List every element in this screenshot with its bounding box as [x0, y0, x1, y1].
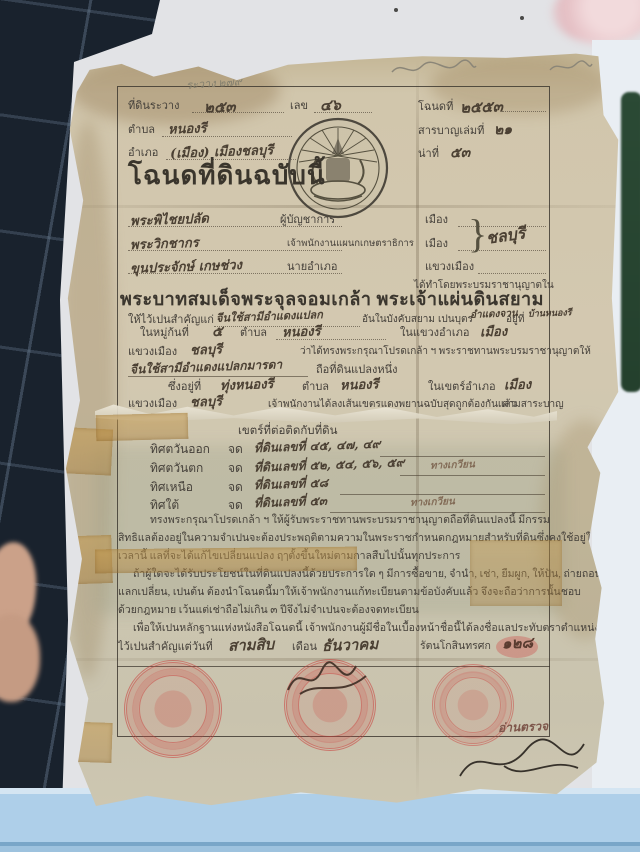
boundary-west-extra: ทางเกวียน: [430, 457, 475, 474]
deed-no-value: ๒๕๕๓: [460, 94, 504, 119]
official-1-region: เมือง: [425, 214, 448, 226]
tambon-label: ตำบล: [128, 124, 155, 136]
dateline-a: ไว้เปนสำคัญแต่วันที่: [118, 641, 213, 653]
register-value: ๒๑: [494, 119, 513, 142]
pencil-scribble: [548, 58, 594, 78]
register-label: สารบาญเล่มที่: [418, 125, 484, 137]
deed-no-label: โฉนดที่: [418, 101, 453, 113]
dateline-month-hw: ธันวาคม: [322, 632, 379, 658]
grant-l2-b: ตำบล: [240, 327, 267, 339]
official-3-name: ขุนประจักษ์ เกษช่วง: [130, 254, 243, 279]
boundary-west-jot: จด: [228, 462, 243, 475]
conditions-line-6: ด้วยกฎหมาย เว้นแต่เช่าถือไม่เกิน ๓ ปีจึง…: [118, 605, 419, 617]
underline: [400, 475, 545, 476]
grant-l6-b: เจ้าพนักงานได้ลงเส้นเขตรแดงพยานฉบับสุดถู…: [268, 399, 516, 410]
boundary-north-jot: จด: [228, 481, 243, 494]
grant-l2-tambon-hw: หนองรี: [282, 320, 321, 342]
survey-area-value: ๒๕๓: [204, 94, 236, 119]
boundary-east-jot: จด: [228, 443, 243, 456]
deed-title: โฉนดที่ดินฉบับนี้: [128, 162, 326, 191]
grant-l6-c: ตามสาระบาญ: [502, 399, 564, 410]
pencil-scribble: [388, 56, 478, 82]
repair-tape: [96, 413, 189, 441]
official-3-region: แขวงเมือง: [425, 261, 474, 273]
tambon-value: หนองรี: [168, 117, 207, 139]
boundary-east-dir: ทิศตวันออก: [150, 443, 210, 456]
grant-l3-a: แขวงเมือง: [128, 346, 177, 358]
boundary-south-dir: ทิศใต้: [150, 499, 179, 512]
photo-of-land-deed: ระวาง ๒๗๙ ที่ดินระวาง ๒๕๓ เลข ๔๖ ตำบล หน…: [0, 0, 640, 852]
official-2-name: พระวิกชากร: [130, 232, 199, 255]
boundary-north-dir: ทิศเหนือ: [150, 481, 193, 494]
boundaries-heading: เขตร์ที่ต่อติดกับที่ดิน: [238, 425, 338, 438]
red-seal-stamp-left: [124, 660, 222, 758]
grant-l5-place-hw: ทุ่งหนองรี: [220, 373, 274, 396]
grant-l5-c: ในเขตร์อำเภอ: [428, 381, 496, 393]
official-2-region: เมือง: [425, 238, 448, 250]
page-value: ๕๓: [450, 142, 471, 165]
official-3-title: นายอำเภอ: [287, 261, 338, 273]
grant-l6-a: แขวงเมือง: [128, 398, 177, 410]
grant-l1-residence-hw: บ้านหนองรี: [528, 305, 572, 321]
dateline-c: รัตนโกสินทรศก: [420, 641, 491, 653]
dateline-b: เดือน: [292, 641, 317, 653]
boundary-south-jot: จด: [228, 499, 243, 512]
grant-l1-a: ให้ไว้เปนสำคัญแก่: [128, 314, 214, 326]
green-object: [621, 92, 640, 392]
dotted-line: [478, 273, 546, 274]
repair-tape: [95, 547, 357, 574]
boundary-south-value: ที่ดินเลขที่ ๕๓: [254, 492, 328, 514]
official-2-title: เจ้าพนักงานแผนกเกษตราธิการ: [287, 239, 414, 249]
signature-over-middle-stamp: [282, 656, 378, 704]
signature-bottom-right: [452, 736, 592, 788]
deed-paper: ระวาง ๒๗๙ ที่ดินระวาง ๒๕๓ เลข ๔๖ ตำบล หน…: [0, 0, 640, 852]
grant-l2-amphoe-hw: เมือง: [480, 321, 508, 343]
floor-speck: [520, 16, 524, 20]
pink-object: [552, 0, 640, 44]
floor-speck: [394, 8, 398, 12]
official-1-name: พระพิไชยปลัด: [130, 208, 209, 232]
page-label: น่าที่: [418, 148, 439, 160]
grant-l1-c: เปนบุตร: [438, 314, 473, 325]
dateline-day-hw: สามสิบ: [228, 632, 275, 658]
survey-no-value: ๔๖: [320, 93, 342, 118]
boundary-west-dir: ทิศตวันตก: [150, 462, 203, 475]
boundary-south-extra: ทางเกวียน: [410, 494, 455, 511]
grant-l5-b: ตำบล: [302, 381, 329, 393]
clerk-note-handwritten: อ่านตรวจ: [498, 717, 549, 738]
grant-l2-c: ในแขวงอำเภอ: [400, 327, 469, 339]
official-1-title: ผู้บัญชาการ: [280, 214, 335, 226]
dateline-era-hw: ๑๒๘: [502, 630, 534, 655]
survey-no-label: เลข: [290, 100, 308, 112]
grant-l3-b: ว่าได้ทรงพระกรุณาโปรดเกล้า ฯ พระราชทานพร…: [300, 346, 591, 357]
grant-l1-b: อันในบังคับสยาม: [362, 314, 435, 325]
underline: [330, 512, 545, 513]
repair-tape: [470, 540, 562, 606]
grant-l2-a: ในหมู่ก้นที่: [140, 327, 189, 339]
grant-l5-amphoe-hw: เมือง: [504, 374, 532, 396]
dotted-line: [502, 111, 546, 112]
brace: }: [468, 212, 487, 256]
grant-l5-tambon-hw: หนองรี: [340, 373, 379, 395]
survey-area-label: ที่ดินระวาง: [128, 100, 179, 112]
conditions-line-1: ทรงพระกรุณาโปรดเกล้า ฯ ให้ผู้รับพระราชทา…: [150, 515, 550, 527]
amphoe-label: อำเภอ: [128, 147, 158, 159]
grant-l1-d: อยู่ที่: [506, 314, 524, 325]
